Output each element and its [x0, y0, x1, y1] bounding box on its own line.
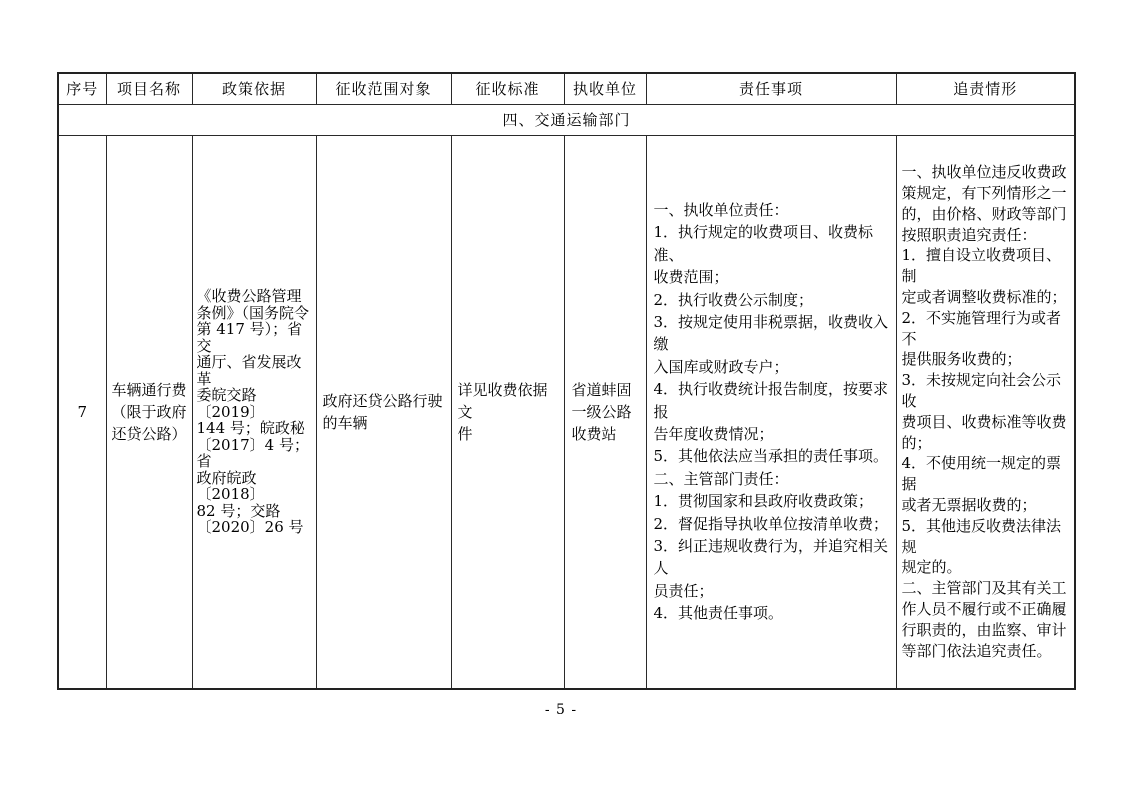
col-header-scope: 征收范围对象	[316, 73, 451, 104]
cell-scope: 政府还贷公路行驶 的车辆	[316, 135, 451, 689]
table-row: 7 车辆通行费 （限于政府 还贷公路） 《收费公路管理 条例》（国务院令 第 4…	[58, 135, 1075, 689]
col-header-standard: 征收标准	[451, 73, 564, 104]
col-header-policy-basis: 政策依据	[192, 73, 316, 104]
col-header-collecting-unit: 执收单位	[564, 73, 646, 104]
cell-standard: 详见收费依据文 件	[451, 135, 564, 689]
table-header-row: 序号 项目名称 政策依据 征收范围对象 征收标准 执收单位 责任事项 追责情形	[58, 73, 1075, 104]
cell-seq: 7	[58, 135, 106, 689]
fee-schedule-table: 序号 项目名称 政策依据 征收范围对象 征收标准 执收单位 责任事项 追责情形 …	[57, 72, 1076, 690]
page-number: - 5 -	[0, 702, 1122, 718]
col-header-responsibilities: 责任事项	[646, 73, 896, 104]
col-header-project-name: 项目名称	[106, 73, 192, 104]
section-title: 四、交通运输部门	[58, 104, 1075, 135]
cell-accountability: 一、执收单位违反收费政 策规定，有下列情形之一 的，由价格、财政等部门 按照职责…	[896, 135, 1075, 689]
document-page: 序号 项目名称 政策依据 征收范围对象 征收标准 执收单位 责任事项 追责情形 …	[0, 0, 1122, 793]
cell-policy-basis: 《收费公路管理 条例》（国务院令 第 417 号）；省交 通厅、省发展改革 委皖…	[192, 135, 316, 689]
cell-project-name: 车辆通行费 （限于政府 还贷公路）	[106, 135, 192, 689]
col-header-accountability: 追责情形	[896, 73, 1075, 104]
cell-collecting-unit: 省道蚌固 一级公路 收费站	[564, 135, 646, 689]
section-header-row: 四、交通运输部门	[58, 104, 1075, 135]
col-header-seq: 序号	[58, 73, 106, 104]
cell-responsibilities: 一、执收单位责任： 1．执行规定的收费项目、收费标准、 收费范围； 2．执行收费…	[646, 135, 896, 689]
